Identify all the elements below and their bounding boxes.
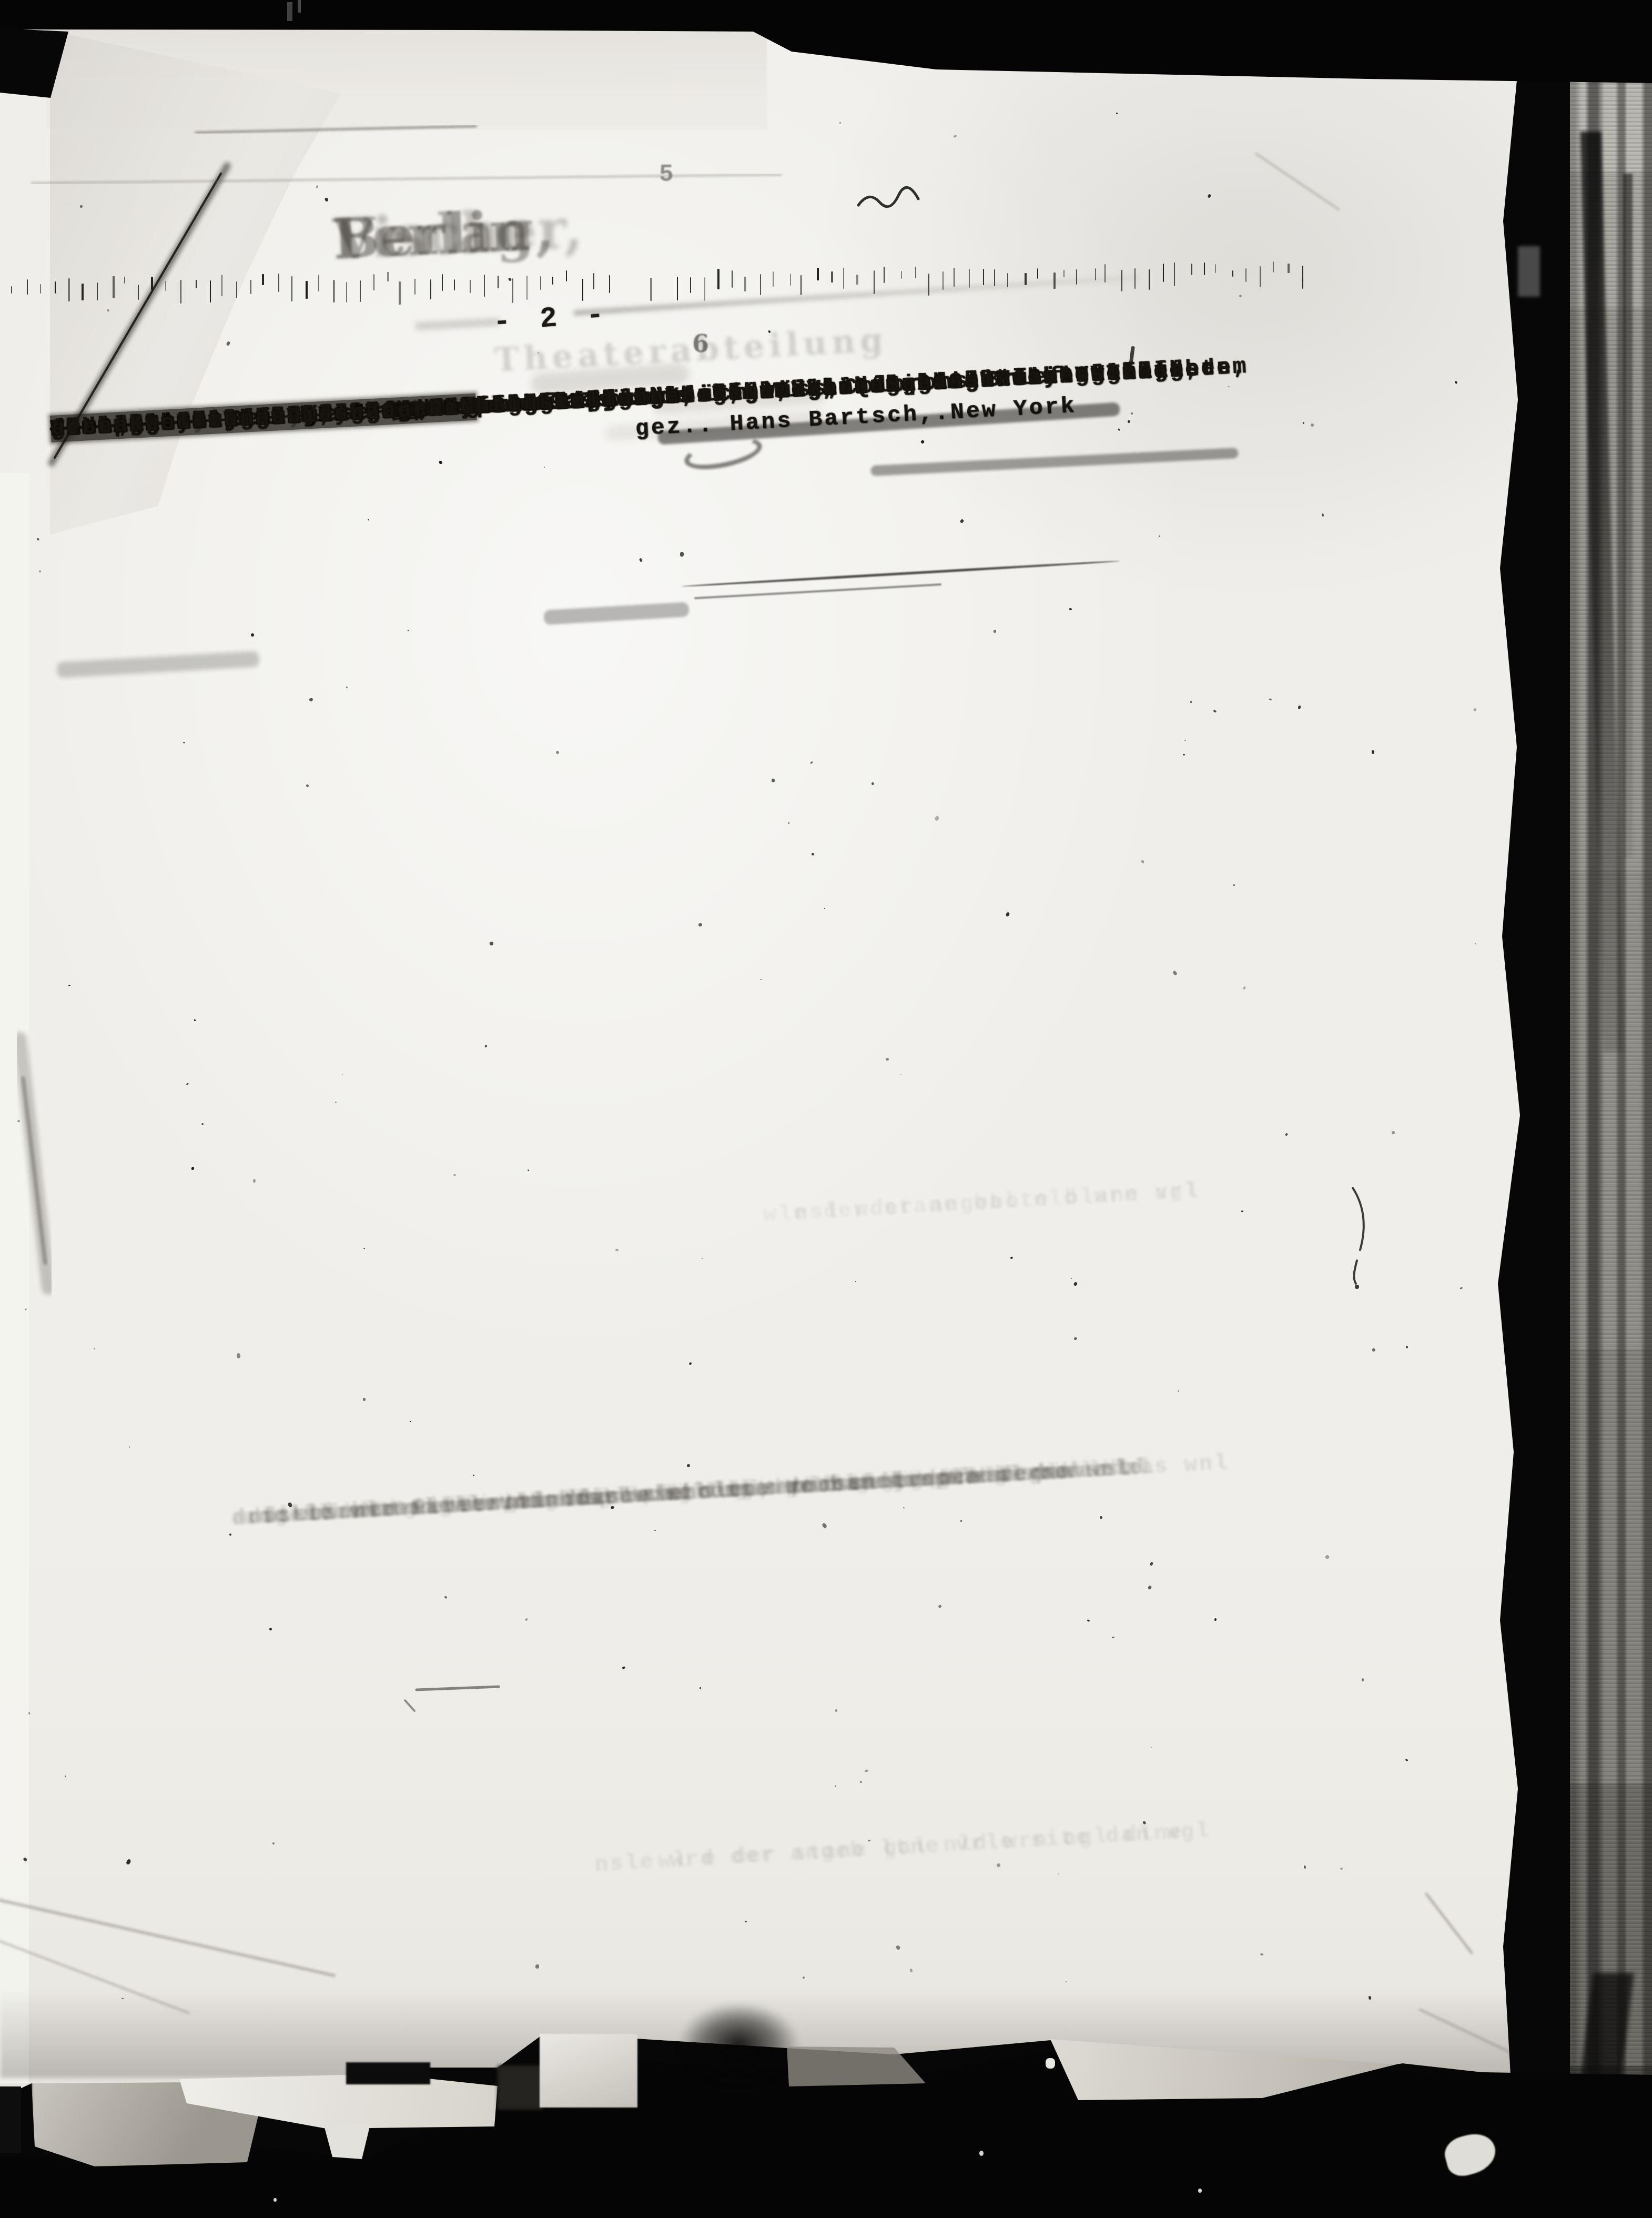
film-speck xyxy=(1161,268,1163,269)
film-speck xyxy=(17,1120,20,1123)
film-speck xyxy=(920,440,925,444)
film-speck xyxy=(126,1859,131,1865)
film-speck xyxy=(535,1964,539,1969)
film-speck xyxy=(1058,1873,1060,1874)
film-speck xyxy=(835,1785,836,1787)
film-speck xyxy=(368,519,370,521)
film-speck xyxy=(1208,194,1211,198)
film-speck xyxy=(953,135,957,138)
film-speck xyxy=(325,197,329,202)
film-speck xyxy=(309,698,313,702)
film-speck xyxy=(1010,1256,1013,1259)
film-speck xyxy=(527,1170,529,1172)
film-speck xyxy=(1071,1278,1072,1279)
film-speck xyxy=(1183,754,1185,755)
film-speck xyxy=(760,979,762,981)
film-speck xyxy=(444,1596,447,1599)
film-speck xyxy=(1066,1981,1067,1982)
film-speck xyxy=(363,1248,365,1249)
film-speck xyxy=(934,815,940,821)
film-speck xyxy=(25,1308,27,1310)
film-speck xyxy=(810,761,814,764)
film-speck xyxy=(994,630,997,633)
film-speck xyxy=(960,1520,962,1523)
film-speck xyxy=(1260,1953,1264,1956)
letter-page: Fischer, Verlag, Berlin Theaterabteilung… xyxy=(0,0,1525,2218)
film-speck xyxy=(544,467,545,468)
film-speck xyxy=(1285,1133,1289,1136)
film-speck xyxy=(868,1839,871,1842)
film-speck xyxy=(288,1502,292,1508)
film-speck xyxy=(1475,943,1477,944)
film-speck xyxy=(363,1398,366,1401)
film-speck xyxy=(1405,1346,1408,1349)
film-speck xyxy=(654,1530,656,1531)
crumpled-paper xyxy=(540,2034,637,2108)
film-speck xyxy=(194,1019,196,1021)
film-speck xyxy=(392,419,396,422)
film-speck xyxy=(1454,381,1458,385)
film-specks xyxy=(0,0,1525,2218)
film-speck xyxy=(855,1281,857,1283)
film-speck xyxy=(622,1666,626,1669)
film-speck xyxy=(839,122,841,124)
film-speck xyxy=(886,1058,889,1061)
film-speck xyxy=(1304,1866,1306,1869)
film-speck xyxy=(1116,112,1118,114)
film-speck xyxy=(871,782,874,785)
film-speck xyxy=(269,1627,272,1631)
film-speck xyxy=(1269,698,1272,700)
film-speck xyxy=(688,1362,692,1365)
stack-shadow-streak xyxy=(1623,174,1633,858)
film-speck xyxy=(555,751,560,754)
film-speck xyxy=(896,1945,901,1950)
film-speck xyxy=(1118,428,1121,431)
film-speck xyxy=(229,1533,231,1536)
film-speck xyxy=(1239,294,1242,298)
film-speck xyxy=(1184,740,1187,741)
film-speck xyxy=(408,630,409,631)
film-speck xyxy=(508,277,512,281)
film-speck xyxy=(1302,422,1304,424)
film-speck xyxy=(316,185,318,189)
film-speck xyxy=(1340,1868,1343,1870)
film-edge-mark xyxy=(287,2,292,21)
film-speck xyxy=(1310,423,1314,427)
film-speck xyxy=(1368,1996,1371,2000)
film-speck xyxy=(1392,1131,1395,1135)
paper-fold xyxy=(323,2124,371,2160)
paper-speck xyxy=(1046,2058,1055,2069)
film-speck xyxy=(253,1179,256,1183)
film-speck xyxy=(1159,536,1160,537)
film-speck xyxy=(960,519,965,523)
film-speck xyxy=(1150,1561,1153,1566)
film-speck xyxy=(1006,912,1010,917)
film-speck xyxy=(183,742,186,744)
film-speck xyxy=(288,410,291,413)
film-speck xyxy=(410,1421,411,1422)
film-speck xyxy=(699,1687,701,1689)
film-speck xyxy=(1473,708,1477,711)
film-speck xyxy=(93,422,97,427)
page-stack-fore-edge xyxy=(1570,45,1652,2218)
film-speck xyxy=(1372,1348,1376,1352)
film-speck xyxy=(320,891,321,892)
film-speck xyxy=(996,1863,1001,1867)
film-frame: Fischer, Verlag, Berlin Theaterabteilung… xyxy=(0,0,1652,2218)
film-speck xyxy=(788,822,790,824)
film-speck xyxy=(903,1507,905,1509)
film-speck xyxy=(938,1605,941,1608)
film-speck xyxy=(615,1249,619,1252)
film-speck xyxy=(250,633,255,637)
film-speck xyxy=(1142,1821,1146,1824)
film-speck xyxy=(687,1464,690,1467)
film-speck xyxy=(237,1353,240,1358)
shadow-notch xyxy=(346,2062,430,2084)
film-speck xyxy=(909,1968,913,1972)
film-speck xyxy=(1151,1747,1152,1748)
film-speck xyxy=(1141,860,1144,863)
film-speck xyxy=(1322,513,1324,517)
film-speck xyxy=(484,1044,488,1047)
film-speck xyxy=(191,1167,194,1170)
film-speck xyxy=(106,309,109,311)
film-speck xyxy=(702,1257,704,1259)
film-speck xyxy=(36,538,39,541)
film-speck xyxy=(1147,1585,1152,1590)
film-speck xyxy=(94,1347,96,1349)
film-speck xyxy=(186,1083,189,1085)
film-speck xyxy=(335,1102,337,1103)
film-speck xyxy=(79,205,83,208)
film-speck xyxy=(1087,1619,1090,1622)
film-speck xyxy=(1228,386,1230,388)
film-speck xyxy=(698,923,702,927)
film-speck xyxy=(346,686,348,688)
film-speck xyxy=(1073,1337,1077,1340)
film-speck xyxy=(1213,710,1217,713)
shadow-gap xyxy=(498,2065,543,2110)
film-speck xyxy=(121,1998,124,2000)
film-speck xyxy=(772,779,775,782)
film-speck xyxy=(65,1776,67,1778)
film-speck xyxy=(1172,970,1178,976)
film-speck xyxy=(1372,750,1374,754)
film-speck xyxy=(859,1780,862,1783)
film-edge-blotch xyxy=(1518,246,1540,297)
film-speck xyxy=(38,570,42,573)
film-speck xyxy=(639,558,643,562)
film-speck xyxy=(1298,705,1301,709)
film-speck xyxy=(900,1074,901,1075)
film-speck xyxy=(525,1618,528,1621)
film-speck xyxy=(1178,1390,1179,1392)
film-speck xyxy=(473,1475,474,1477)
shadow-wedge xyxy=(0,2086,21,2153)
film-speck xyxy=(865,1769,869,1772)
film-speck xyxy=(1233,884,1235,886)
film-speck xyxy=(1112,1636,1114,1638)
film-speck xyxy=(1073,1282,1078,1286)
film-speck xyxy=(439,460,442,464)
film-speck xyxy=(835,1709,837,1712)
film-speck xyxy=(201,1123,204,1125)
film-speck xyxy=(802,1976,805,1979)
paper-speck xyxy=(979,2151,984,2156)
film-speck xyxy=(611,1506,614,1509)
film-speck xyxy=(272,1842,275,1844)
film-speck xyxy=(1243,986,1246,990)
film-speck xyxy=(306,784,309,788)
film-speck xyxy=(342,1074,343,1076)
film-speck xyxy=(23,1857,27,1862)
film-speck xyxy=(811,852,815,856)
film-speck xyxy=(1100,1516,1102,1519)
film-speck xyxy=(1460,1287,1463,1289)
film-speck xyxy=(768,330,771,334)
film-speck xyxy=(1214,1618,1217,1621)
paper-speck xyxy=(1198,2189,1202,2193)
film-edge-mark xyxy=(298,0,301,13)
film-speck xyxy=(680,552,684,557)
film-speck xyxy=(28,1712,31,1715)
film-speck xyxy=(68,985,70,986)
film-speck xyxy=(1127,420,1131,424)
film-speck xyxy=(1190,701,1192,703)
shadow-blob xyxy=(678,2002,799,2086)
film-speck xyxy=(453,1174,456,1176)
film-speck xyxy=(1241,1211,1243,1212)
film-speck xyxy=(996,378,999,381)
film-speck xyxy=(538,352,539,354)
film-speck xyxy=(824,908,826,910)
film-speck xyxy=(128,1446,130,1448)
film-speck xyxy=(822,1523,827,1529)
film-speck xyxy=(226,341,230,346)
film-speck xyxy=(1324,1555,1330,1560)
film-speck xyxy=(745,1920,747,1922)
film-speck xyxy=(1069,608,1072,611)
film-speck xyxy=(490,942,493,945)
paper-speck xyxy=(273,2198,277,2202)
film-speck xyxy=(1362,1678,1364,1681)
film-speck xyxy=(1130,412,1133,415)
film-speck xyxy=(1405,1759,1408,1761)
